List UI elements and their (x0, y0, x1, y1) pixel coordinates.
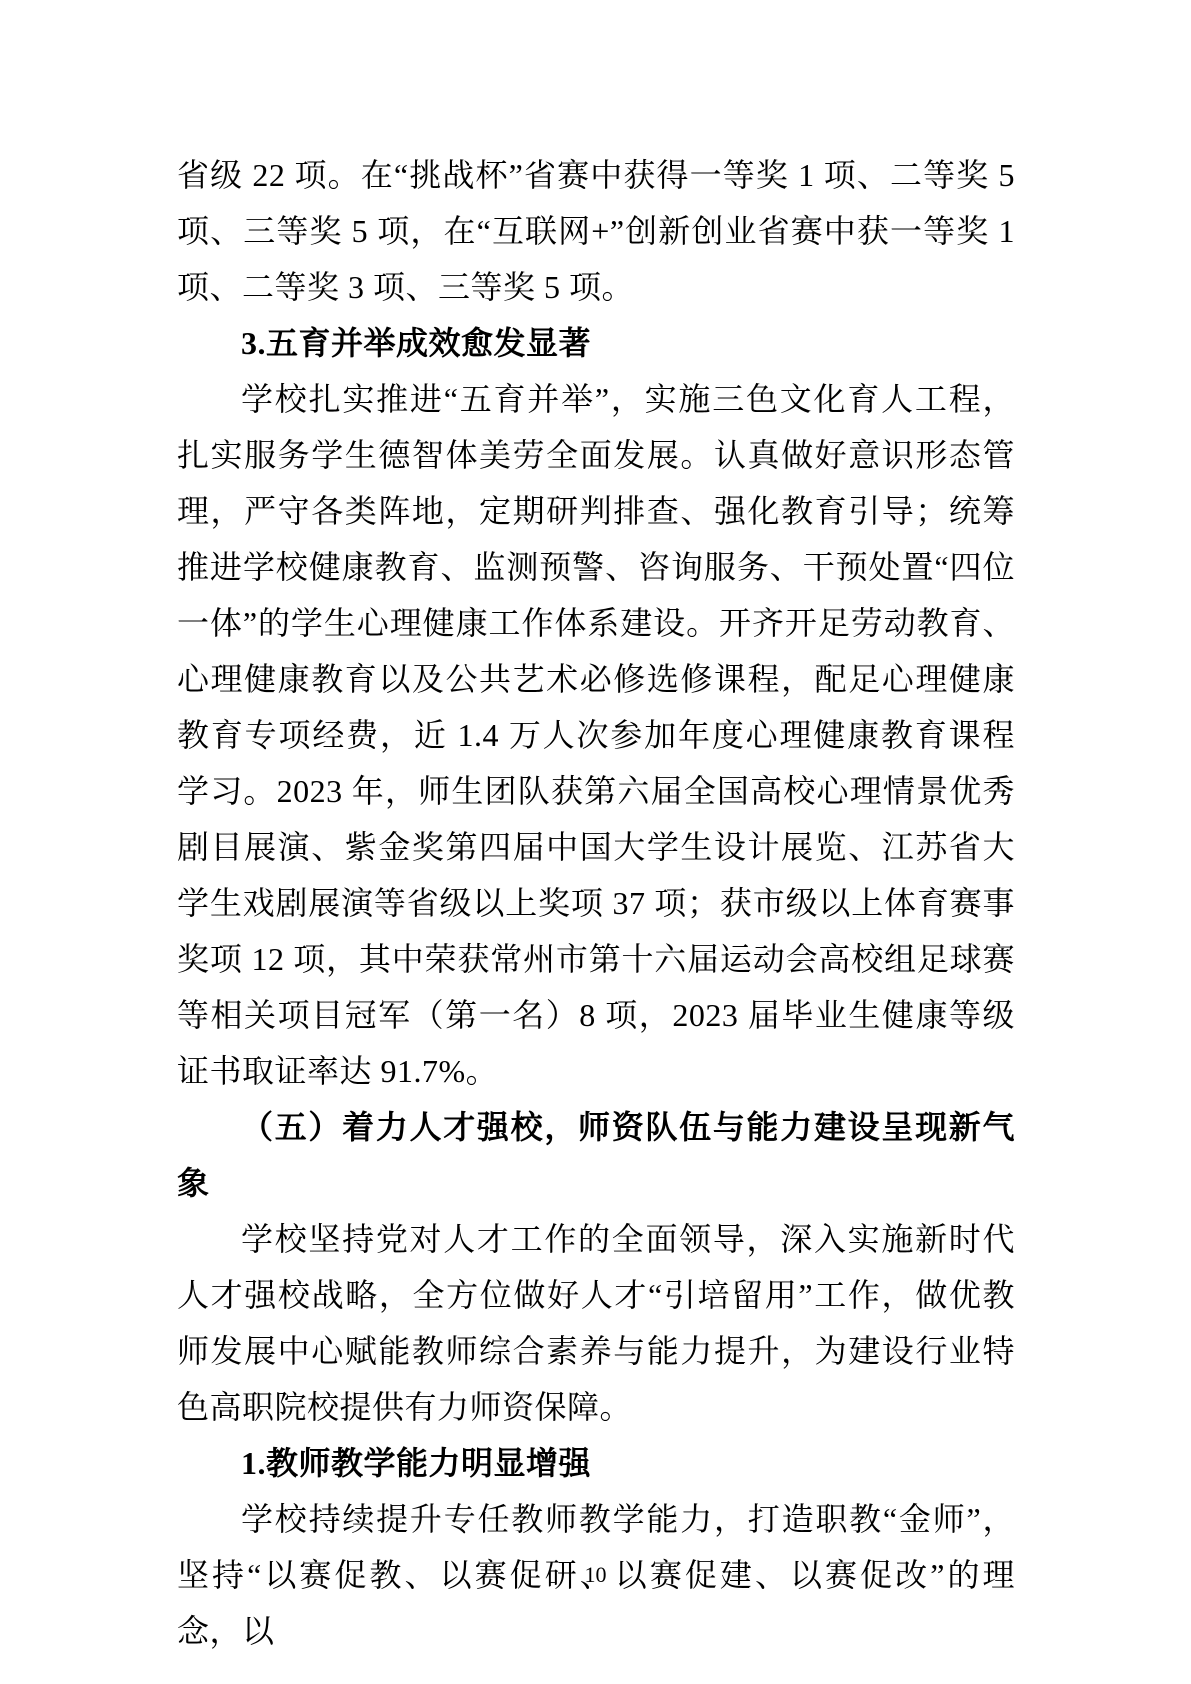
heading-section-5: （五）着力人才强校，师资队伍与能力建设呈现新气象 (177, 1099, 1015, 1211)
heading-numbered-1: 1.教师教学能力明显增强 (177, 1435, 1015, 1491)
page-number: 10 (0, 1560, 1191, 1590)
paragraph: 学校扎实推进“五育并举”，实施三色文化育人工程，扎实服务学生德智体美劳全面发展。… (177, 371, 1015, 1099)
document-body: 省级 22 项。在“挑战杯”省赛中获得一等奖 1 项、二等奖 5 项、三等奖 5… (177, 147, 1015, 1659)
heading-numbered-3: 3.五育并举成效愈发显著 (177, 315, 1015, 371)
paragraph: 学校坚持党对人才工作的全面领导，深入实施新时代人才强校战略，全方位做好人才“引培… (177, 1211, 1015, 1435)
paragraph-continuation: 省级 22 项。在“挑战杯”省赛中获得一等奖 1 项、二等奖 5 项、三等奖 5… (177, 147, 1015, 315)
document-page: 省级 22 项。在“挑战杯”省赛中获得一等奖 1 项、二等奖 5 项、三等奖 5… (0, 0, 1191, 1684)
